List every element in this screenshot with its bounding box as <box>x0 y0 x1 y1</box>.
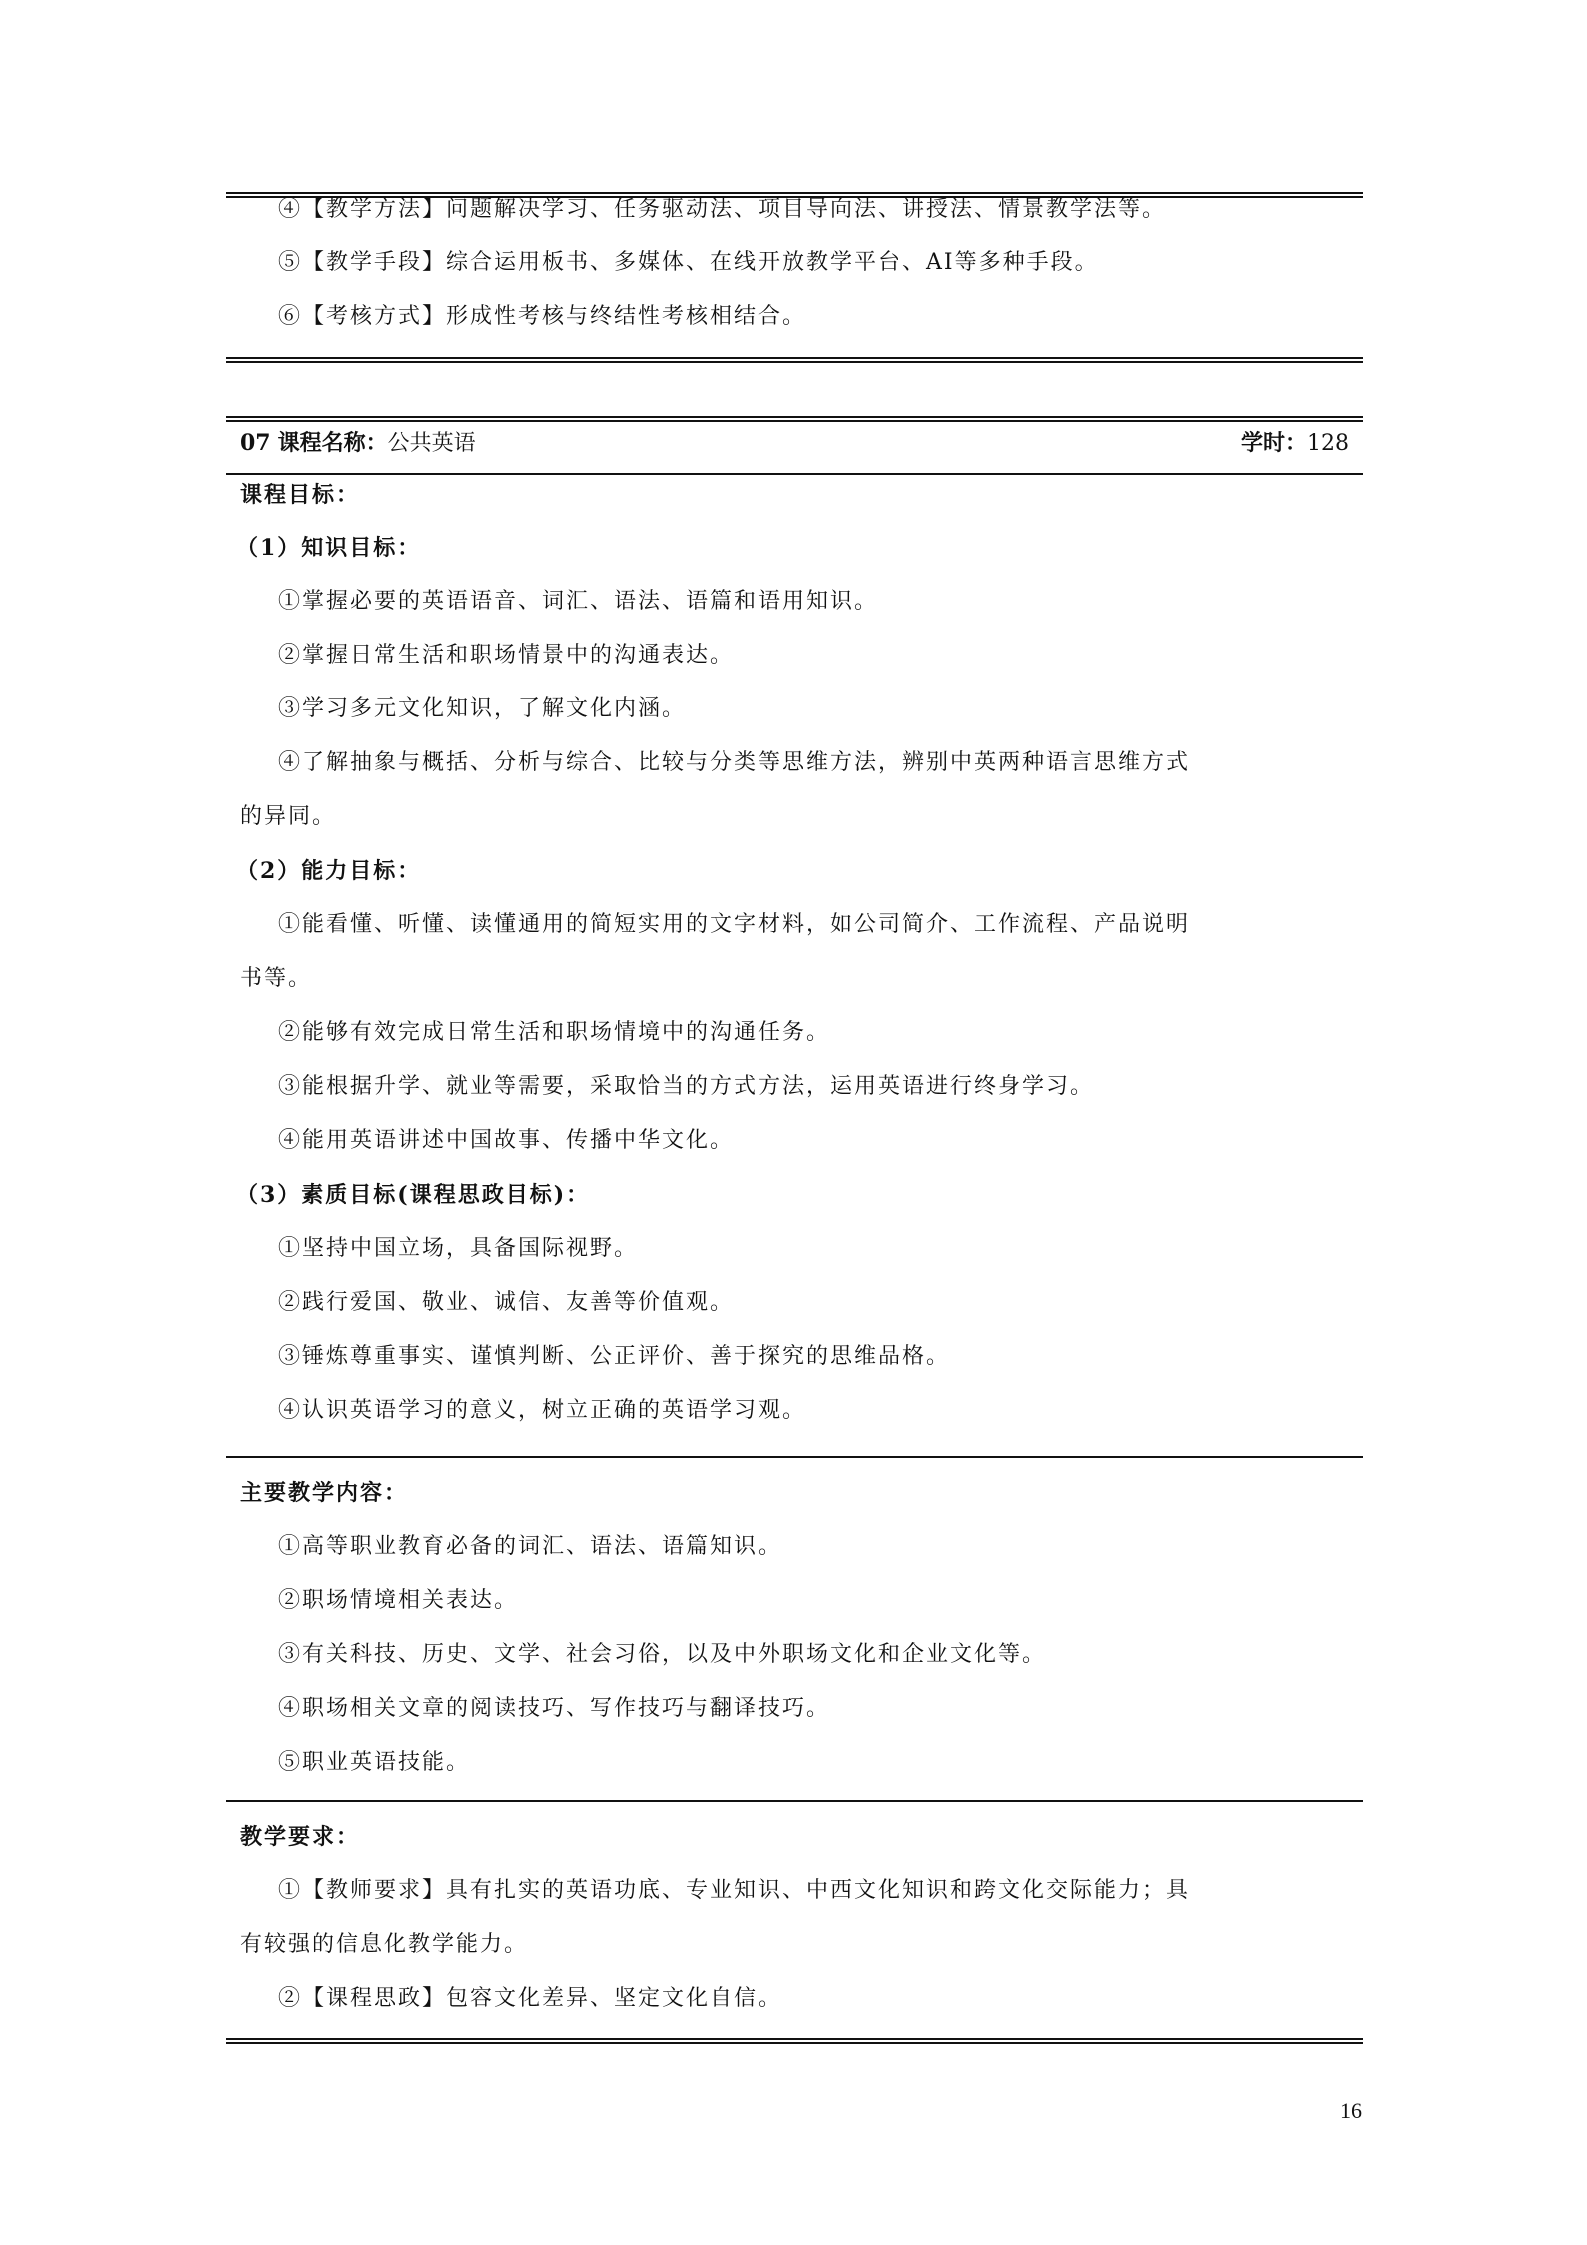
knowledge-item: ①掌握必要的英语语音、词汇、语法、语篇和语用知识。 <box>278 587 878 617</box>
quality-item: ①坚持中国立场，具备国际视野。 <box>278 1234 638 1264</box>
table-border-bottom <box>226 357 1363 363</box>
content-item: ②职场情境相关表达。 <box>278 1586 518 1616</box>
ability-item: ②能够有效完成日常生活和职场情境中的沟通任务。 <box>278 1018 830 1048</box>
knowledge-item: ②掌握日常生活和职场情景中的沟通表达。 <box>278 641 734 671</box>
prev-item-methods: ④【教学方法】问题解决学习、任务驱动法、项目导向法、讲授法、情景教学法等。 <box>278 195 1166 225</box>
course-hours: 128 <box>1307 431 1349 456</box>
knowledge-item: ③学习多元文化知识，了解文化内涵。 <box>278 694 686 724</box>
course-number: 07 <box>240 430 271 456</box>
content-title: 主要教学内容： <box>240 1478 408 1508</box>
row-divider <box>226 473 1363 475</box>
requirement-item: ②【课程思政】包容文化差异、坚定文化自信。 <box>278 1984 782 2014</box>
page-number: 16 <box>1340 2098 1362 2124</box>
content-item: ③有关科技、历史、文学、社会习俗，以及中外职场文化和企业文化等。 <box>278 1640 1046 1670</box>
quality-item: ③锤炼尊重事实、谨慎判断、公正评价、善于探究的思维品格。 <box>278 1342 950 1372</box>
row-divider <box>226 1456 1363 1458</box>
ability-item-continued: 书等。 <box>240 964 312 994</box>
course-table-border-bottom <box>226 2038 1363 2044</box>
content-item: ④职场相关文章的阅读技巧、写作技巧与翻译技巧。 <box>278 1694 830 1724</box>
quality-title: （3）素质目标(课程思政目标)： <box>236 1180 590 1210</box>
course-name: 公共英语 <box>388 431 476 456</box>
requirement-item: ①【教师要求】具有扎实的英语功底、专业知识、中西文化知识和跨文化交际能力；具 <box>278 1876 1190 1906</box>
knowledge-item-continued: 的异同。 <box>240 802 336 832</box>
course-table-border-top <box>226 416 1363 422</box>
ability-title: （2）能力目标： <box>236 856 421 886</box>
requirement-item-continued: 有较强的信息化教学能力。 <box>240 1930 528 1960</box>
ability-item: ③能根据升学、就业等需要，采取恰当的方式方法，运用英语进行终身学习。 <box>278 1072 1094 1102</box>
prev-item-assessment: ⑥【考核方式】形成性考核与终结性考核相结合。 <box>278 302 806 332</box>
quality-item: ②践行爱国、敬业、诚信、友善等价值观。 <box>278 1288 734 1318</box>
ability-item: ④能用英语讲述中国故事、传播中华文化。 <box>278 1126 734 1156</box>
prev-item-means: ⑤【教学手段】综合运用板书、多媒体、在线开放教学平台、AI等多种手段。 <box>278 248 1099 278</box>
objectives-title: 课程目标： <box>240 480 360 510</box>
row-divider <box>226 1800 1363 1802</box>
document-page: ④【教学方法】问题解决学习、任务驱动法、项目导向法、讲授法、情景教学法等。 ⑤【… <box>0 0 1587 2245</box>
quality-item: ④认识英语学习的意义，树立正确的英语学习观。 <box>278 1396 806 1426</box>
requirements-title: 教学要求： <box>240 1822 360 1852</box>
content-item: ⑤职业英语技能。 <box>278 1748 470 1778</box>
course-hours-label: 学时： <box>1241 430 1307 456</box>
course-name-label: 课程名称： <box>278 430 388 456</box>
ability-item: ①能看懂、听懂、读懂通用的简短实用的文字材料，如公司简介、工作流程、产品说明 <box>278 910 1190 940</box>
knowledge-item: ④了解抽象与概括、分析与综合、比较与分类等思维方法，辨别中英两种语言思维方式 <box>278 748 1190 778</box>
content-item: ①高等职业教育必备的词汇、语法、语篇知识。 <box>278 1532 782 1562</box>
knowledge-title: （1）知识目标： <box>236 533 421 563</box>
